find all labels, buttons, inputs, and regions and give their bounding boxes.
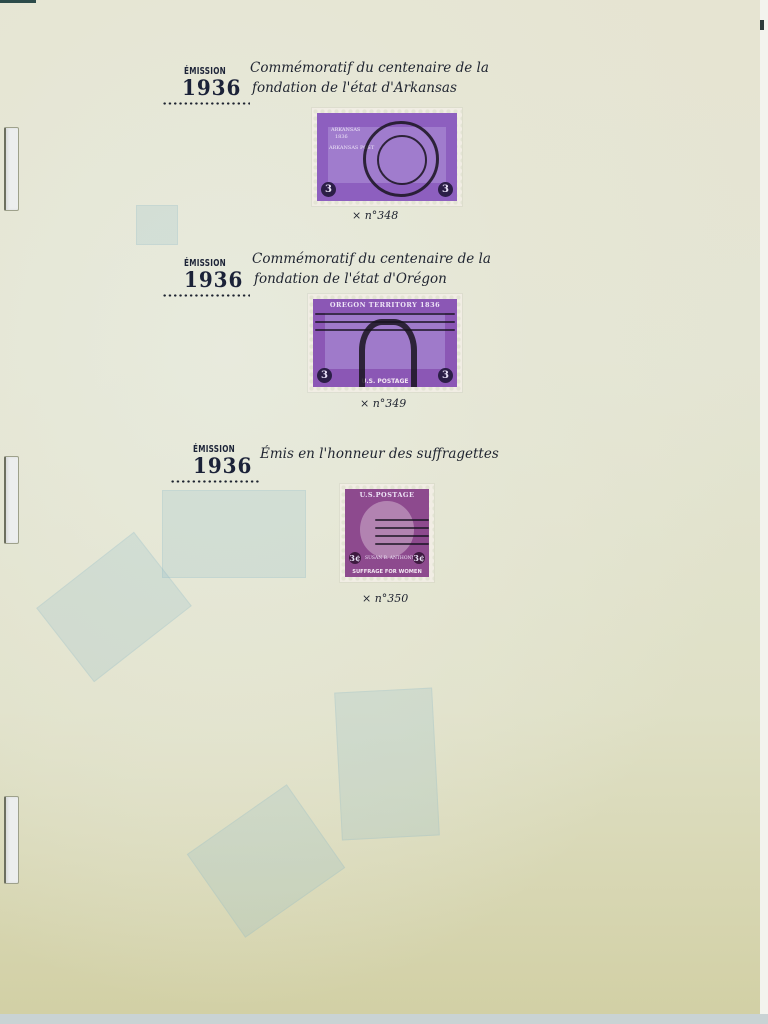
- emission-year: 1936: [182, 75, 241, 100]
- page-bottom-edge: [0, 1014, 768, 1024]
- denomination-left: 3¢: [349, 552, 361, 564]
- denomination-left: 3: [317, 368, 332, 383]
- denomination-right: 3: [438, 368, 453, 383]
- catalog-number: × n°350: [362, 592, 408, 605]
- binder-hole-middle: [4, 456, 19, 544]
- ghost-imprint: [187, 784, 345, 938]
- stamp-arkansas-centennial: ARKANSAS 1836 ARKANSAS POST 3 3: [312, 108, 462, 206]
- background-edge: [0, 0, 36, 3]
- portrait-oval: [360, 501, 414, 557]
- album-page: ÉMISSION 1936 Commémoratif du centenaire…: [0, 0, 762, 1016]
- dotted-rule: [162, 102, 250, 105]
- denomination-right: 3¢: [413, 552, 425, 564]
- denomination-right: 3: [438, 182, 453, 197]
- ghost-imprint: [136, 205, 178, 245]
- dotted-rule: [170, 480, 260, 483]
- stamp-design: U.S.POSTAGE SUSAN B. ANTHONY SUFFRAGE FO…: [345, 489, 429, 577]
- dotted-rule: [162, 294, 250, 297]
- denomination-left: 3: [321, 182, 336, 197]
- stamp-design: OREGON TERRITORY 1836 U.S. POSTAGE 3 3: [313, 299, 457, 387]
- emission-year: 1936: [193, 453, 252, 478]
- description-line-1: Commémoratif du centenaire de la: [252, 249, 491, 269]
- postmark-cancel: [359, 319, 417, 387]
- cancel-line: [315, 313, 455, 315]
- page-edge: [760, 0, 768, 1024]
- stamp-suffrage-for-women: U.S.POSTAGE SUSAN B. ANTHONY SUFFRAGE FO…: [340, 484, 434, 582]
- stamp-design: ARKANSAS 1836 ARKANSAS POST 3 3: [317, 113, 457, 201]
- ghost-imprint: [162, 490, 306, 578]
- description-line-2: fondation de l'état d'Orégon: [254, 269, 447, 289]
- description-line-1: Commémoratif du centenaire de la: [250, 58, 489, 78]
- emission-year: 1936: [184, 267, 243, 292]
- description-line-2: fondation de l'état d'Arkansas: [252, 78, 457, 98]
- catalog-number: × n°349: [360, 397, 406, 410]
- ghost-imprint: [334, 688, 440, 841]
- binder-hole-bottom: [4, 796, 19, 884]
- binder-hole-top: [4, 127, 19, 211]
- catalog-number: × n°348: [352, 209, 398, 222]
- description-line-1: Émis en l'honneur des suffragettes: [260, 444, 499, 464]
- stamp-oregon-territory: OREGON TERRITORY 1836 U.S. POSTAGE 3 3: [308, 294, 462, 392]
- cancel-line: [375, 519, 429, 521]
